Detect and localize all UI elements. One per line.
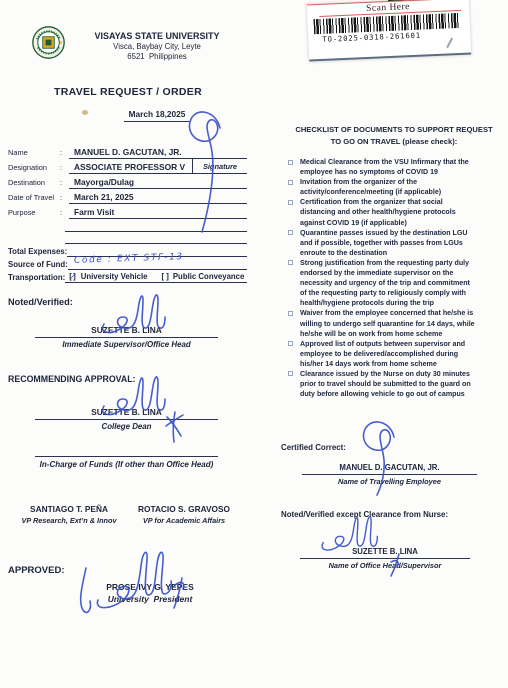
paper-stain-dot bbox=[82, 110, 88, 115]
designation-label: Designation bbox=[8, 163, 60, 174]
checkbox-icon bbox=[288, 341, 293, 346]
colon: : bbox=[60, 208, 69, 219]
form-title: TRAVEL REQUEST / ORDER bbox=[54, 86, 202, 98]
checklist-item: Invitation from the organizer of the act… bbox=[288, 177, 500, 197]
checklist: Medical Clearance from the VSU Infirmary… bbox=[288, 157, 500, 399]
checklist-item-text: Clearance issued by the Nurse on duty 30… bbox=[300, 369, 500, 399]
checkbox-icon bbox=[288, 200, 293, 205]
signature-gacutan-left bbox=[182, 104, 237, 234]
designation-value: ASSOCIATE PROFESSOR V bbox=[74, 162, 185, 172]
signature-yepes bbox=[70, 538, 210, 623]
university-name: VISAYAS STATE UNIVERSITY bbox=[92, 31, 222, 42]
travel-request-order-document: Scan Here TO-2025-0318-261601 VISAYAS ST… bbox=[0, 0, 508, 688]
college-dean-title: College Dean bbox=[35, 420, 218, 431]
checklist-heading-line1: CHECKLIST OF DOCUMENTS TO SUPPORT REQUES… bbox=[288, 124, 500, 136]
funds-signature-line bbox=[35, 456, 218, 457]
transportation-options: [∕]University Vehicle[ ]Public Conveyanc… bbox=[65, 270, 247, 283]
vp-academic-block: ROTACIO S. GRAVOSO VP for Academic Affai… bbox=[126, 504, 242, 526]
checklist-item: Strong justification from the requesting… bbox=[288, 258, 500, 308]
checklist-item-text: Approved list of outputs between supervi… bbox=[300, 339, 500, 369]
checklist-item-text: Invitation from the organizer of the act… bbox=[300, 177, 500, 197]
date-of-travel-label: Date of Travel bbox=[8, 193, 60, 204]
destination-value: Mayorga/Dulag bbox=[74, 177, 134, 187]
checklist-heading: CHECKLIST OF DOCUMENTS TO SUPPORT REQUES… bbox=[288, 124, 500, 147]
supervisor-title: Immediate Supervisor/Office Head bbox=[35, 338, 218, 349]
name-label: Name bbox=[8, 148, 60, 159]
checklist-item: Clearance issued by the Nurse on duty 30… bbox=[288, 369, 500, 399]
checklist-item-text: Quarantine passes issued by the destinat… bbox=[300, 228, 500, 258]
university-seal-logo bbox=[32, 26, 65, 59]
colon: : bbox=[60, 193, 69, 204]
university-vehicle-option: University Vehicle bbox=[81, 272, 148, 281]
checklist-item: Medical Clearance from the VSU Infirmary… bbox=[288, 157, 500, 177]
noted-verified-heading: Noted/Verified: bbox=[8, 297, 73, 307]
checkbox-icon bbox=[288, 180, 293, 185]
checklist-item: Certification from the organizer that so… bbox=[288, 197, 500, 227]
vp-research-block: SANTIAGO T. PEÑA VP Research, Ext’n & In… bbox=[18, 504, 120, 526]
destination-label: Destination bbox=[8, 178, 60, 189]
vp-academic-title: VP for Academic Affairs bbox=[126, 515, 242, 526]
checklist-item: Approved list of outputs between supervi… bbox=[288, 339, 500, 369]
checklist-item: Quarantine passes issued by the destinat… bbox=[288, 228, 500, 258]
signature-lina-2 bbox=[98, 368, 168, 418]
office-head-title: Name of Office Head/Supervisor bbox=[300, 559, 470, 570]
university-header: VISAYAS STATE UNIVERSITY Visca, Baybay C… bbox=[92, 31, 222, 63]
checkbox-icon bbox=[288, 230, 293, 235]
checklist-item-text: Strong justification from the requesting… bbox=[300, 258, 500, 308]
certified-correct-heading: Certified Correct: bbox=[281, 443, 346, 452]
transportation-row: Transportation: [∕]University Vehicle[ ]… bbox=[8, 270, 247, 283]
public-conveyance-option: Public Conveyance bbox=[173, 272, 245, 281]
colon: : bbox=[60, 148, 69, 159]
colon: : bbox=[60, 163, 69, 174]
approved-heading: APPROVED: bbox=[8, 565, 64, 576]
vp-research-title: VP Research, Ext’n & Innov bbox=[18, 515, 120, 526]
transportation-label: Transportation: bbox=[8, 273, 65, 283]
sticker-pen-mark bbox=[446, 38, 453, 49]
purpose-value: Farm Visit bbox=[74, 207, 114, 217]
checkbox-icon bbox=[288, 160, 293, 165]
checkbox-icon bbox=[288, 260, 293, 265]
checkbox-icon bbox=[288, 311, 293, 316]
signature-gacutan-right bbox=[352, 415, 412, 497]
in-charge-of-funds-label: In-Charge of Funds (If other than Office… bbox=[35, 460, 218, 469]
signature-office-head-mark bbox=[388, 552, 404, 578]
vp-research-name: SANTIAGO T. PEÑA bbox=[18, 504, 120, 515]
checkbox-icon bbox=[288, 371, 293, 376]
checklist-heading-line2: TO GO ON TRAVEL (please check): bbox=[288, 136, 500, 148]
signature-lina-1 bbox=[98, 286, 168, 336]
purpose-label: Purpose bbox=[8, 208, 60, 219]
signature-lina-3 bbox=[318, 506, 380, 556]
request-date: March 18,2025 bbox=[124, 109, 190, 119]
total-expenses-label: Total Expenses: bbox=[8, 247, 67, 257]
colon: : bbox=[60, 178, 69, 189]
date-of-travel-value: March 21, 2025 bbox=[74, 192, 134, 202]
checklist-item-text: Certification from the organizer that so… bbox=[300, 197, 500, 227]
university-address-line2: 6521 Philippines bbox=[92, 52, 222, 63]
vp-academic-name: ROTACIO S. GRAVOSO bbox=[126, 504, 242, 515]
checklist-item-text: Medical Clearance from the VSU Infirmary… bbox=[300, 157, 500, 177]
request-date-underline bbox=[124, 121, 190, 122]
barcode-sticker: Scan Here TO-2025-0318-261601 bbox=[307, 0, 471, 62]
signature-dean-flourish bbox=[163, 410, 185, 444]
name-value: MANUEL D. GACUTAN, JR. bbox=[74, 147, 182, 157]
university-address-line1: Visca, Baybay City, Leyte bbox=[92, 42, 222, 53]
checkbox-close-bracket: ] bbox=[166, 272, 169, 281]
source-of-fund-label: Source of Fund: bbox=[8, 260, 68, 270]
checklist-item: Waiver from the employee concerned that … bbox=[288, 308, 500, 338]
checklist-item-text: Waiver from the employee concerned that … bbox=[300, 308, 500, 338]
